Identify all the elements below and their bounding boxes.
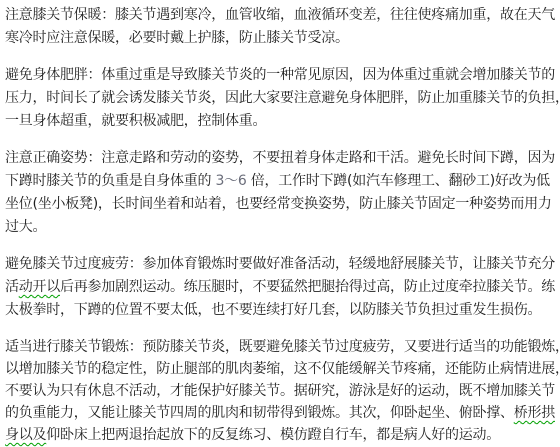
text-line: 太极拳时，下蹲的位置不要太低，也不要连续打好几套，以防膝关节负担过重发生损伤。 bbox=[5, 299, 558, 322]
text-segment: 过大。 bbox=[5, 219, 46, 235]
text-segment: 后再参加剧烈运动。练压腿时，不要猛然把腿抬得过高，防止过度牵拉膝关节。练 bbox=[60, 279, 555, 295]
text-segment: 避免膝关节过度疲劳：参加体育锻炼时要做好准备活动，轻缓地舒展膝关节，让膝关节充分 bbox=[5, 256, 555, 272]
text-line: 避免膝关节过度疲劳：参加体育锻炼时要做好准备活动，轻缓地舒展膝关节，让膝关节充分 bbox=[5, 253, 558, 276]
text-segment: 坐位(坐小板凳)，长时间坐着和站着，也要经常变换姿势，防止膝关节固定一种姿势而用… bbox=[5, 196, 552, 212]
text-segment: 不要认为只有休息不活动，才能保护好膝关节。据研究，游泳是好的运动，既不增加膝关节 bbox=[5, 383, 555, 399]
text-segment: 仰卧床上把两退抬起放下的反复练习、模仿蹬自行车，都是病人好的运动。 bbox=[46, 427, 500, 443]
text-segment: 太极拳时，下蹲的位置不要太低，也不要连续打好几套，以防膝关节负担过重发生损伤。 bbox=[5, 302, 541, 318]
text-segment: 下蹲时膝关节的负重是自身体重的 bbox=[5, 173, 215, 189]
text-line: 坐位(坐小板凳)，长时间坐着和站着，也要经常变换姿势，防止膝关节固定一种姿势而用… bbox=[5, 193, 558, 216]
spellcheck-flagged-text: 桥形拱 bbox=[514, 405, 555, 421]
text-line: 下蹲时膝关节的负重是自身体重的 3～6 倍，工作时下蹲(如汽车修理工、翻砂工)好… bbox=[5, 170, 558, 193]
spellcheck-flagged-text: 身以及 bbox=[5, 427, 46, 443]
text-segment: 活 bbox=[5, 279, 19, 295]
paragraph: 注意膝关节保暖：膝关节遇到寒冷，血管收缩，血液循环变差，往往使疼痛加重，故在天气… bbox=[5, 4, 558, 50]
text-line: 压力，时间长了就会诱发膝关节炎，因此大家要注意避免身体肥胖，防止加重膝关节的负担… bbox=[5, 87, 558, 110]
text-segment: 避免身体肥胖：体重过重是导致膝关节炎的一种常见原因，因为体重过重就会增加膝关节的 bbox=[5, 67, 555, 83]
text-segment: 以增加膝关节的稳定性，防止腿部的肌肉萎缩，这不仅能缓解关节疼痛，还能防止病情进展… bbox=[5, 361, 560, 377]
number-text: 3～6 bbox=[215, 173, 246, 189]
paragraph: 避免身体肥胖：体重过重是导致膝关节炎的一种常见原因，因为体重过重就会增加膝关节的… bbox=[5, 64, 558, 133]
text-segment: 的负重能力，又能让膝关节四周的肌肉和韧带得到锻炼。其次，仰卧起坐、俯卧撑、 bbox=[5, 405, 514, 421]
text-line: 适当进行膝关节锻炼：预防膝关节炎，既要避免膝关节过度疲劳，又要进行适当的功能锻炼… bbox=[5, 336, 558, 358]
text-line: 不要认为只有休息不活动，才能保护好膝关节。据研究，游泳是好的运动，既不增加膝关节 bbox=[5, 380, 558, 402]
text-segment: 注意膝关节保暖：膝关节遇到寒冷，血管收缩，血液循环变差，往往使疼痛加重，故在天气 bbox=[5, 7, 555, 23]
text-line: 身以及仰卧床上把两退抬起放下的反复练习、模仿蹬自行车，都是病人好的运动。 bbox=[5, 424, 558, 446]
text-segment: 注意正确姿势：注意走路和劳动的姿势，不要扭着身体走路和干活。避免长时间下蹲，因为 bbox=[5, 150, 555, 166]
text-segment: 寒冷时应注意保暖，必要时戴上护膝，防止膝关节受凉。 bbox=[5, 30, 349, 46]
paragraph: 注意正确姿势：注意走路和劳动的姿势，不要扭着身体走路和干活。避免长时间下蹲，因为… bbox=[5, 147, 558, 239]
document-page: 注意膝关节保暖：膝关节遇到寒冷，血管收缩，血液循环变差，往往使疼痛加重，故在天气… bbox=[0, 0, 560, 447]
paragraph: 适当进行膝关节锻炼：预防膝关节炎，既要避免膝关节过度疲劳，又要进行适当的功能锻炼… bbox=[5, 336, 558, 446]
text-line: 避免身体肥胖：体重过重是导致膝关节炎的一种常见原因，因为体重过重就会增加膝关节的 bbox=[5, 64, 558, 87]
text-line: 过大。 bbox=[5, 216, 558, 239]
text-segment: 倍，工作时下蹲(如汽车修理工、翻砂工)好改为低 bbox=[247, 173, 550, 189]
text-line: 注意膝关节保暖：膝关节遇到寒冷，血管收缩，血液循环变差，往往使疼痛加重，故在天气 bbox=[5, 4, 558, 27]
spellcheck-flagged-text: 动开以 bbox=[19, 279, 60, 295]
text-line: 寒冷时应注意保暖，必要时戴上护膝，防止膝关节受凉。 bbox=[5, 27, 558, 50]
text-line: 注意正确姿势：注意走路和劳动的姿势，不要扭着身体走路和干活。避免长时间下蹲，因为 bbox=[5, 147, 558, 170]
text-segment: 一旦身体超重，就要积极减肥，控制体重。 bbox=[5, 113, 266, 129]
text-segment: 适当进行膝关节锻炼：预防膝关节炎，既要避免膝关节过度疲劳，又要进行适当的功能锻炼… bbox=[5, 339, 560, 355]
text-line: 以增加膝关节的稳定性，防止腿部的肌肉萎缩，这不仅能缓解关节疼痛，还能防止病情进展… bbox=[5, 358, 558, 380]
paragraph: 避免膝关节过度疲劳：参加体育锻炼时要做好准备活动，轻缓地舒展膝关节，让膝关节充分… bbox=[5, 253, 558, 322]
text-line: 的负重能力，又能让膝关节四周的肌肉和韧带得到锻炼。其次，仰卧起坐、俯卧撑、桥形拱 bbox=[5, 402, 558, 424]
text-segment: 压力，时间长了就会诱发膝关节炎，因此大家要注意避免身体肥胖，防止加重膝关节的负担… bbox=[5, 90, 560, 106]
text-line: 活动开以后再参加剧烈运动。练压腿时，不要猛然把腿抬得过高，防止过度牵拉膝关节。练 bbox=[5, 276, 558, 299]
text-line: 一旦身体超重，就要积极减肥，控制体重。 bbox=[5, 110, 558, 133]
